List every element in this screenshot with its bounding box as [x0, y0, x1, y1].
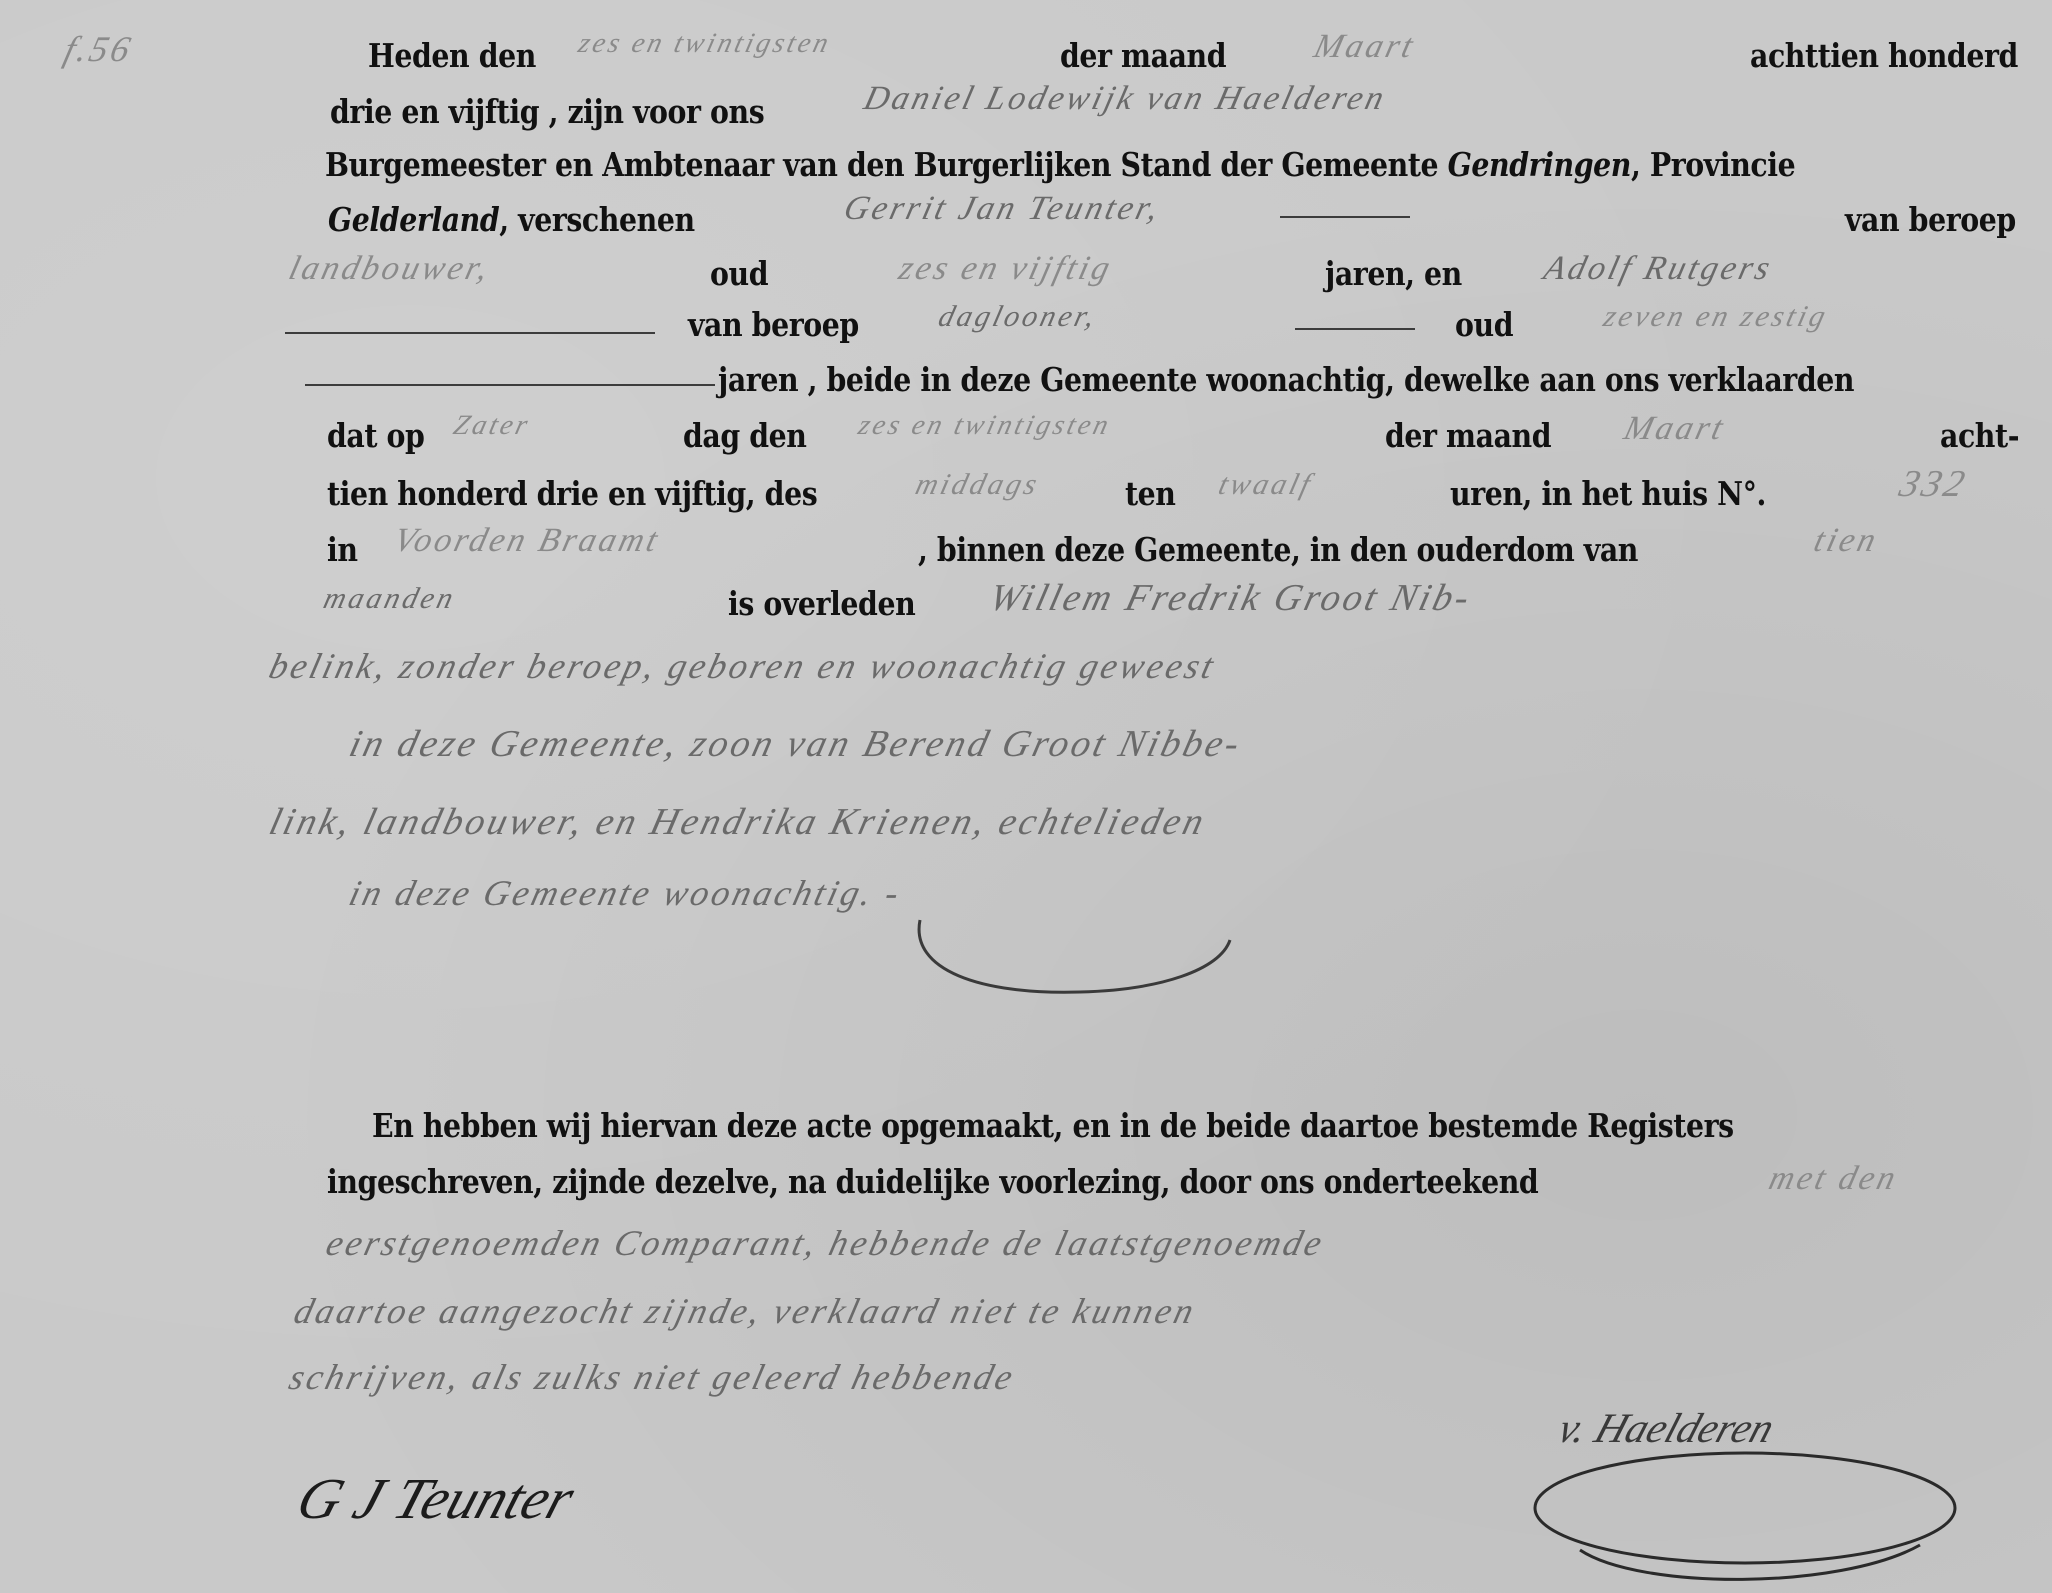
- printed-text: achttien honderd: [1750, 36, 2018, 75]
- handwritten-age-2: zeven en zestig: [1600, 300, 1832, 334]
- printed-text: ten: [1125, 474, 1176, 513]
- margin-note: f.56: [60, 28, 137, 70]
- handwritten-closing-2: daartoe aangezocht zijnde, verklaard nie…: [290, 1290, 1201, 1332]
- handwritten-weekday: Zater: [450, 410, 534, 442]
- printed-text: der maand: [1060, 36, 1226, 75]
- printed-text: uren, in het huis N°.: [1450, 474, 1766, 513]
- flourish-mark: [900, 900, 1260, 1000]
- printed-text: acht-: [1940, 416, 2019, 455]
- signature-flourish: [1520, 1440, 1990, 1593]
- handwritten-closing-3: schrijven, als zulks niet geleerd hebben…: [285, 1356, 1020, 1398]
- handwritten-occupation-2: daglooner,: [935, 300, 1101, 334]
- handwritten-place: Voorden Braamt: [390, 522, 664, 560]
- printed-text: jaren , beide in deze Gemeente woonachti…: [718, 360, 1854, 399]
- printed-text: van beroep: [1845, 200, 2016, 239]
- handwritten-deceased-line-5: in deze Gemeente woonachtig. -: [345, 872, 906, 914]
- handwritten-declarant-1: Gerrit Jan Teunter,: [840, 190, 1165, 228]
- gemeente-name: Gendringen: [1448, 145, 1631, 184]
- signature-declarant: G J Teunter: [289, 1465, 583, 1532]
- handwritten-age-unit: maanden: [320, 582, 459, 616]
- printed-closing-1: En hebben wij hiervan deze acte opgemaak…: [372, 1106, 1734, 1145]
- handwritten-death-day: zes en twintigsten: [855, 410, 1115, 442]
- handwritten-hour: twaalf: [1215, 468, 1316, 502]
- handwritten-deceased-line-3: in deze Gemeente, zoon van Berend Groot …: [345, 722, 1247, 766]
- printed-text: oud: [1455, 305, 1513, 344]
- printed-closing-2: ingeschreven, zijnde dezelve, na duideli…: [327, 1162, 1538, 1201]
- printed-text: tien honderd drie en vijftig, des: [327, 474, 817, 513]
- blank-line: [1280, 216, 1410, 218]
- printed-text: dag den: [683, 416, 806, 455]
- printed-text: is overleden: [728, 584, 915, 623]
- printed-text: drie en vijftig , zijn voor ons: [330, 92, 764, 131]
- blank-line: [305, 384, 715, 386]
- handwritten-closing-0: met den: [1765, 1160, 1902, 1198]
- handwritten-occupation-1: landbouwer,: [285, 250, 495, 288]
- printed-text: Burgemeester en Ambtenaar van den Burger…: [325, 145, 1795, 184]
- printed-text: Gelderland, verschenen: [328, 200, 695, 239]
- handwritten-official: Daniel Lodewijk van Haelderen: [860, 80, 1391, 118]
- printed-text: dat op: [327, 416, 424, 455]
- handwritten-deceased-name: Willem Fredrik Groot Nib-: [985, 576, 1477, 620]
- printed-text: in: [327, 530, 358, 569]
- handwritten-month: Maart: [1310, 28, 1419, 66]
- handwritten-death-month: Maart: [1620, 410, 1729, 448]
- handwritten-deceased-line-2: belink, zonder beroep, geboren en woonac…: [265, 645, 1221, 687]
- printed-text: , binnen deze Gemeente, in den ouderdom …: [918, 530, 1638, 569]
- printed-text: van beroep: [688, 305, 859, 344]
- handwritten-closing-1: eerstgenoemden Comparant, hebbende de la…: [322, 1222, 1329, 1264]
- provincie-name: Gelderland: [328, 200, 499, 239]
- handwritten-day: zes en twintigsten: [575, 28, 835, 60]
- printed-text: jaren, en: [1325, 254, 1462, 293]
- handwritten-declarant-2: Adolf Rutgers: [1540, 250, 1776, 288]
- handwritten-house-number: 332: [1895, 462, 1972, 506]
- printed-text: der maand: [1385, 416, 1551, 455]
- handwritten-age-1: zes en vijftig: [895, 250, 1116, 288]
- handwritten-age-deceased: tien: [1810, 522, 1882, 560]
- blank-line: [285, 332, 655, 334]
- civil-record-page: f.56 Heden den zes en twintigsten der ma…: [0, 0, 2052, 1593]
- printed-text: oud: [710, 254, 768, 293]
- blank-line: [1295, 328, 1415, 330]
- handwritten-daypart: middags: [912, 468, 1043, 502]
- printed-text: Heden den: [368, 36, 536, 75]
- handwritten-deceased-line-4: link, landbouwer, en Hendrika Krienen, e…: [265, 800, 1211, 844]
